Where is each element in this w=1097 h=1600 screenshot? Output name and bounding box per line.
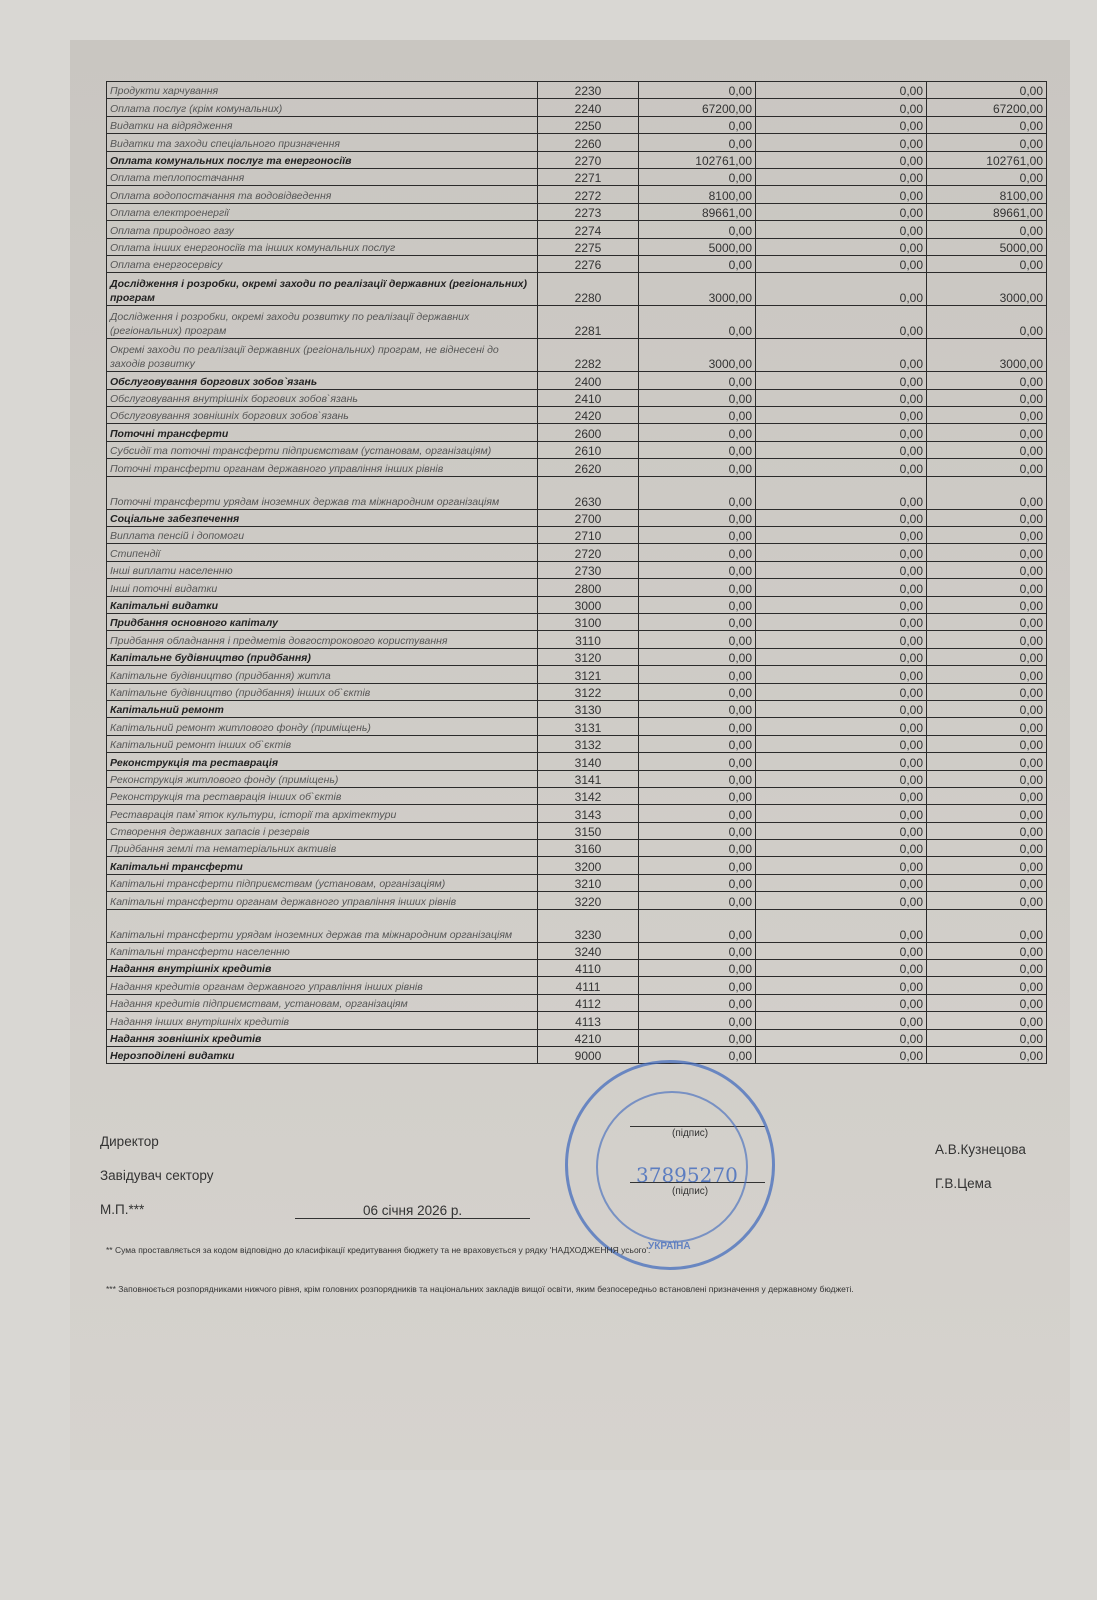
row-general-fund: 0,00 [639, 840, 756, 857]
stamp-code: 37895270 [636, 1163, 738, 1187]
row-code: 2410 [538, 389, 639, 406]
row-label: Придбання землі та нематеріальних активі… [107, 840, 538, 857]
row-general-fund: 0,00 [639, 857, 756, 874]
table-row: Придбання землі та нематеріальних активі… [107, 840, 1047, 857]
table-row: Інші виплати населенню27300,000,000,00 [107, 561, 1047, 578]
row-special-fund: 0,00 [756, 874, 927, 891]
row-special-fund: 0,00 [756, 683, 927, 700]
row-special-fund: 0,00 [756, 700, 927, 717]
row-total: 0,00 [927, 116, 1047, 133]
row-special-fund: 0,00 [756, 718, 927, 735]
table-row: Субсидії та поточні трансферти підприємс… [107, 441, 1047, 458]
row-total: 0,00 [927, 770, 1047, 787]
row-code: 2620 [538, 459, 639, 476]
row-label: Обслуговування внутрішніх боргових зобов… [107, 389, 538, 406]
table-row: Придбання основного капіталу31000,000,00… [107, 613, 1047, 630]
row-general-fund: 0,00 [639, 977, 756, 994]
table-row: Капітальні видатки30000,000,000,00 [107, 596, 1047, 613]
row-general-fund: 0,00 [639, 596, 756, 613]
row-special-fund: 0,00 [756, 339, 927, 372]
row-code: 3122 [538, 683, 639, 700]
row-code: 3121 [538, 666, 639, 683]
row-special-fund: 0,00 [756, 857, 927, 874]
row-general-fund: 0,00 [639, 718, 756, 735]
row-total: 5000,00 [927, 238, 1047, 255]
row-label: Придбання обладнання і предметів довгост… [107, 631, 538, 648]
table-row: Оплата енергосервісу22760,000,000,00 [107, 255, 1047, 272]
row-label: Капітальний ремонт [107, 700, 538, 717]
row-code: 2400 [538, 372, 639, 389]
table-row: Видатки та заходи спеціального призначен… [107, 134, 1047, 151]
row-total: 0,00 [927, 407, 1047, 424]
row-label: Капітальне будівництво (придбання) житла [107, 666, 538, 683]
table-row: Обслуговування внутрішніх боргових зобов… [107, 389, 1047, 406]
row-general-fund: 5000,00 [639, 238, 756, 255]
row-total: 0,00 [927, 1046, 1047, 1063]
row-label: Виплата пенсій і допомоги [107, 527, 538, 544]
row-code: 2730 [538, 561, 639, 578]
row-total: 0,00 [927, 718, 1047, 735]
row-label: Поточні трансферти органам державного уп… [107, 459, 538, 476]
row-total: 0,00 [927, 168, 1047, 185]
row-total: 0,00 [927, 977, 1047, 994]
row-code: 2710 [538, 527, 639, 544]
row-label: Оплата енергосервісу [107, 255, 538, 272]
row-general-fund: 0,00 [639, 221, 756, 238]
row-special-fund: 0,00 [756, 666, 927, 683]
stamp-bottom-text: УКРАЇНА [648, 1241, 691, 1252]
row-code: 2720 [538, 544, 639, 561]
table-row: Капітальний ремонт інших об`єктів31320,0… [107, 735, 1047, 752]
row-label: Капітальні трансферти підприємствам (уст… [107, 874, 538, 891]
row-code: 2272 [538, 186, 639, 203]
table-row: Виплата пенсій і допомоги27100,000,000,0… [107, 527, 1047, 544]
row-total: 3000,00 [927, 273, 1047, 306]
row-special-fund: 0,00 [756, 892, 927, 909]
row-code: 4210 [538, 1029, 639, 1046]
row-total: 0,00 [927, 527, 1047, 544]
row-special-fund: 0,00 [756, 613, 927, 630]
row-total: 0,00 [927, 389, 1047, 406]
table-row: Стипендії27200,000,000,00 [107, 544, 1047, 561]
row-label: Продукти харчування [107, 82, 538, 99]
row-total: 0,00 [927, 596, 1047, 613]
row-special-fund: 0,00 [756, 168, 927, 185]
row-code: 3100 [538, 613, 639, 630]
row-total: 0,00 [927, 994, 1047, 1011]
row-general-fund: 0,00 [639, 509, 756, 526]
table-row: Капітальне будівництво (придбання) житла… [107, 666, 1047, 683]
row-code: 3131 [538, 718, 639, 735]
row-total: 3000,00 [927, 339, 1047, 372]
row-special-fund: 0,00 [756, 822, 927, 839]
row-code: 2230 [538, 82, 639, 99]
row-code: 2260 [538, 134, 639, 151]
row-code: 3120 [538, 648, 639, 665]
director-label: Директор [100, 1134, 159, 1149]
row-code: 2250 [538, 116, 639, 133]
row-general-fund: 0,00 [639, 1029, 756, 1046]
row-code: 4111 [538, 977, 639, 994]
row-label: Надання зовнішніх кредитів [107, 1029, 538, 1046]
table-row: Капітальні трансферти32000,000,000,00 [107, 857, 1047, 874]
row-special-fund: 0,00 [756, 1029, 927, 1046]
row-general-fund: 0,00 [639, 255, 756, 272]
row-label: Капітальні трансферти населенню [107, 942, 538, 959]
row-general-fund: 0,00 [639, 787, 756, 804]
row-code: 3140 [538, 753, 639, 770]
row-total: 0,00 [927, 221, 1047, 238]
row-general-fund: 0,00 [639, 909, 756, 942]
row-total: 89661,00 [927, 203, 1047, 220]
table-row: Оплата інших енергоносіїв та інших комун… [107, 238, 1047, 255]
row-general-fund: 0,00 [639, 874, 756, 891]
row-total: 0,00 [927, 134, 1047, 151]
row-general-fund: 0,00 [639, 116, 756, 133]
row-special-fund: 0,00 [756, 441, 927, 458]
row-special-fund: 0,00 [756, 82, 927, 99]
table-row: Інші поточні видатки28000,000,000,00 [107, 579, 1047, 596]
row-code: 3141 [538, 770, 639, 787]
row-total: 0,00 [927, 306, 1047, 339]
row-special-fund: 0,00 [756, 476, 927, 509]
row-code: 3200 [538, 857, 639, 874]
footnote-3: *** Заповнюється розпорядниками нижчого … [106, 1284, 854, 1294]
row-total: 0,00 [927, 892, 1047, 909]
row-label: Оплата теплопостачання [107, 168, 538, 185]
table-row: Продукти харчування22300,000,000,00 [107, 82, 1047, 99]
row-total: 0,00 [927, 613, 1047, 630]
table-row: Капітальний ремонт житлового фонду (прим… [107, 718, 1047, 735]
row-general-fund: 0,00 [639, 459, 756, 476]
row-general-fund: 0,00 [639, 822, 756, 839]
table-row: Реставрація пам`яток культури, історії т… [107, 805, 1047, 822]
row-general-fund: 0,00 [639, 407, 756, 424]
table-row: Оплата теплопостачання22710,000,000,00 [107, 168, 1047, 185]
table-row: Поточні трансферти урядам іноземних держ… [107, 476, 1047, 509]
row-code: 3220 [538, 892, 639, 909]
row-code: 3142 [538, 787, 639, 804]
row-code: 4112 [538, 994, 639, 1011]
row-label: Видатки та заходи спеціального призначен… [107, 134, 538, 151]
row-label: Реконструкція житлового фонду (приміщень… [107, 770, 538, 787]
row-total: 0,00 [927, 441, 1047, 458]
row-total: 0,00 [927, 960, 1047, 977]
row-code: 2275 [538, 238, 639, 255]
row-label: Оплата природного газу [107, 221, 538, 238]
row-label: Видатки на відрядження [107, 116, 538, 133]
row-general-fund: 0,00 [639, 631, 756, 648]
row-label: Субсидії та поточні трансферти підприємс… [107, 441, 538, 458]
row-general-fund: 0,00 [639, 424, 756, 441]
row-label: Нерозподілені видатки [107, 1046, 538, 1063]
row-special-fund: 0,00 [756, 942, 927, 959]
row-general-fund: 0,00 [639, 942, 756, 959]
row-special-fund: 0,00 [756, 770, 927, 787]
row-total: 0,00 [927, 942, 1047, 959]
row-general-fund: 0,00 [639, 700, 756, 717]
row-code: 2630 [538, 476, 639, 509]
row-general-fund: 0,00 [639, 683, 756, 700]
row-code: 2282 [538, 339, 639, 372]
row-code: 2600 [538, 424, 639, 441]
row-code: 3230 [538, 909, 639, 942]
row-general-fund: 0,00 [639, 892, 756, 909]
row-code: 3130 [538, 700, 639, 717]
row-label: Капітальні трансферти [107, 857, 538, 874]
row-total: 0,00 [927, 753, 1047, 770]
row-general-fund: 0,00 [639, 82, 756, 99]
row-total: 0,00 [927, 476, 1047, 509]
row-general-fund: 0,00 [639, 753, 756, 770]
row-code: 2270 [538, 151, 639, 168]
table-row: Створення державних запасів і резервів31… [107, 822, 1047, 839]
row-general-fund: 0,00 [639, 770, 756, 787]
row-general-fund: 0,00 [639, 805, 756, 822]
table-row: Поточні трансферти26000,000,000,00 [107, 424, 1047, 441]
row-special-fund: 0,00 [756, 509, 927, 526]
row-special-fund: 0,00 [756, 306, 927, 339]
row-label: Капітальні трансферти органам державного… [107, 892, 538, 909]
row-code: 2274 [538, 221, 639, 238]
row-special-fund: 0,00 [756, 186, 927, 203]
document-date: 06 січня 2026 р. [363, 1203, 462, 1218]
table-row: Окремі заходи по реалізації державних (р… [107, 339, 1047, 372]
table-row: Оплата комунальних послуг та енергоносії… [107, 151, 1047, 168]
row-special-fund: 0,00 [756, 372, 927, 389]
table-row: Дослідження і розробки, окремі заходи ро… [107, 306, 1047, 339]
head-label: Завідувач сектору [100, 1168, 213, 1183]
table-row: Дослідження і розробки, окремі заходи по… [107, 273, 1047, 306]
row-general-fund: 67200,00 [639, 99, 756, 116]
table-row: Реконструкція та реставрація31400,000,00… [107, 753, 1047, 770]
row-label: Надання інших внутрішніх кредитів [107, 1012, 538, 1029]
table-row: Поточні трансферти органам державного уп… [107, 459, 1047, 476]
row-code: 2420 [538, 407, 639, 424]
row-special-fund: 0,00 [756, 424, 927, 441]
row-general-fund: 0,00 [639, 134, 756, 151]
table-row: Придбання обладнання і предметів довгост… [107, 631, 1047, 648]
row-code: 3150 [538, 822, 639, 839]
row-code: 3000 [538, 596, 639, 613]
row-label: Соціальне забезпечення [107, 509, 538, 526]
row-general-fund: 0,00 [639, 994, 756, 1011]
row-general-fund: 89661,00 [639, 203, 756, 220]
row-total: 0,00 [927, 544, 1047, 561]
row-general-fund: 0,00 [639, 544, 756, 561]
row-special-fund: 0,00 [756, 544, 927, 561]
row-label: Капітальні трансферти урядам іноземних д… [107, 909, 538, 942]
row-general-fund: 0,00 [639, 476, 756, 509]
table-row: Капітальне будівництво (придбання) інших… [107, 683, 1047, 700]
row-special-fund: 0,00 [756, 735, 927, 752]
row-general-fund: 8100,00 [639, 186, 756, 203]
row-special-fund: 0,00 [756, 273, 927, 306]
row-general-fund: 3000,00 [639, 339, 756, 372]
row-general-fund: 0,00 [639, 735, 756, 752]
row-total: 0,00 [927, 509, 1047, 526]
row-special-fund: 0,00 [756, 238, 927, 255]
row-total: 0,00 [927, 874, 1047, 891]
row-general-fund: 102761,00 [639, 151, 756, 168]
row-code: 9000 [538, 1046, 639, 1063]
row-total: 0,00 [927, 372, 1047, 389]
row-total: 0,00 [927, 666, 1047, 683]
row-general-fund: 0,00 [639, 613, 756, 630]
row-special-fund: 0,00 [756, 1046, 927, 1063]
row-label: Поточні трансферти урядам іноземних держ… [107, 476, 538, 509]
row-general-fund: 0,00 [639, 960, 756, 977]
official-stamp: 37895270 УКРАЇНА [565, 1060, 775, 1270]
row-total: 0,00 [927, 255, 1047, 272]
row-total: 0,00 [927, 82, 1047, 99]
row-code: 2610 [538, 441, 639, 458]
table-row: Оплата електроенергії227389661,000,00896… [107, 203, 1047, 220]
row-label: Оплата електроенергії [107, 203, 538, 220]
row-code: 2281 [538, 306, 639, 339]
table-row: Надання внутрішніх кредитів41100,000,000… [107, 960, 1047, 977]
row-general-fund: 0,00 [639, 389, 756, 406]
table-row: Реконструкція житлового фонду (приміщень… [107, 770, 1047, 787]
row-code: 3210 [538, 874, 639, 891]
table-row: Надання кредитів підприємствам, установа… [107, 994, 1047, 1011]
row-special-fund: 0,00 [756, 579, 927, 596]
row-total: 0,00 [927, 459, 1047, 476]
row-label: Реставрація пам`яток культури, історії т… [107, 805, 538, 822]
row-special-fund: 0,00 [756, 203, 927, 220]
table-row: Капітальний ремонт31300,000,000,00 [107, 700, 1047, 717]
row-total: 0,00 [927, 1029, 1047, 1046]
row-label: Надання кредитів підприємствам, установа… [107, 994, 538, 1011]
expenditure-table: Продукти харчування22300,000,000,00Оплат… [106, 81, 1047, 1064]
table-row: Оплата природного газу22740,000,000,00 [107, 221, 1047, 238]
row-code: 3240 [538, 942, 639, 959]
date-underline [295, 1218, 530, 1219]
table-row: Надання кредитів органам державного упра… [107, 977, 1047, 994]
row-label: Надання внутрішніх кредитів [107, 960, 538, 977]
table-row: Капітальне будівництво (придбання)31200,… [107, 648, 1047, 665]
row-code: 3110 [538, 631, 639, 648]
row-label: Капітальні видатки [107, 596, 538, 613]
row-label: Дослідження і розробки, окремі заходи по… [107, 273, 538, 306]
table-row: Оплата послуг (крім комунальних)22406720… [107, 99, 1047, 116]
row-label: Обслуговування боргових зобов`язань [107, 372, 538, 389]
row-general-fund: 0,00 [639, 527, 756, 544]
row-total: 0,00 [927, 840, 1047, 857]
row-total: 8100,00 [927, 186, 1047, 203]
table-row: Видатки на відрядження22500,000,000,00 [107, 116, 1047, 133]
row-special-fund: 0,00 [756, 753, 927, 770]
row-special-fund: 0,00 [756, 596, 927, 613]
row-special-fund: 0,00 [756, 1012, 927, 1029]
row-general-fund: 0,00 [639, 648, 756, 665]
row-code: 2271 [538, 168, 639, 185]
row-general-fund: 0,00 [639, 561, 756, 578]
row-total: 0,00 [927, 683, 1047, 700]
row-total: 0,00 [927, 822, 1047, 839]
row-label: Придбання основного капіталу [107, 613, 538, 630]
row-label: Реконструкція та реставрація [107, 753, 538, 770]
row-code: 2273 [538, 203, 639, 220]
row-label: Стипендії [107, 544, 538, 561]
table-row: Соціальне забезпечення27000,000,000,00 [107, 509, 1047, 526]
row-total: 0,00 [927, 735, 1047, 752]
row-total: 0,00 [927, 561, 1047, 578]
row-code: 2800 [538, 579, 639, 596]
row-special-fund: 0,00 [756, 151, 927, 168]
row-label: Оплата водопостачання та водовідведення [107, 186, 538, 203]
row-general-fund: 0,00 [639, 441, 756, 458]
row-label: Створення державних запасів і резервів [107, 822, 538, 839]
row-special-fund: 0,00 [756, 840, 927, 857]
row-total: 0,00 [927, 1012, 1047, 1029]
row-total: 102761,00 [927, 151, 1047, 168]
table-row: Капітальні трансферти урядам іноземних д… [107, 909, 1047, 942]
row-label: Надання кредитів органам державного упра… [107, 977, 538, 994]
table-row: Капітальні трансферти органам державного… [107, 892, 1047, 909]
row-general-fund: 3000,00 [639, 273, 756, 306]
row-label: Поточні трансферти [107, 424, 538, 441]
row-label: Капітальний ремонт житлового фонду (прим… [107, 718, 538, 735]
row-special-fund: 0,00 [756, 960, 927, 977]
row-general-fund: 0,00 [639, 1012, 756, 1029]
footnote-2: ** Сума проставляється за кодом відповід… [106, 1245, 650, 1255]
row-label: Капітальне будівництво (придбання) [107, 648, 538, 665]
row-code: 2280 [538, 273, 639, 306]
row-code: 2240 [538, 99, 639, 116]
table-row: Обслуговування боргових зобов`язань24000… [107, 372, 1047, 389]
row-total: 0,00 [927, 579, 1047, 596]
row-special-fund: 0,00 [756, 221, 927, 238]
row-special-fund: 0,00 [756, 787, 927, 804]
row-special-fund: 0,00 [756, 389, 927, 406]
row-special-fund: 0,00 [756, 116, 927, 133]
row-total: 0,00 [927, 424, 1047, 441]
row-general-fund: 0,00 [639, 579, 756, 596]
row-special-fund: 0,00 [756, 994, 927, 1011]
head-name: Г.В.Цема [935, 1176, 991, 1191]
row-label: Оплата інших енергоносіїв та інших комун… [107, 238, 538, 255]
row-special-fund: 0,00 [756, 134, 927, 151]
row-label: Капітальний ремонт інших об`єктів [107, 735, 538, 752]
row-special-fund: 0,00 [756, 561, 927, 578]
row-total: 0,00 [927, 631, 1047, 648]
row-label: Капітальне будівництво (придбання) інших… [107, 683, 538, 700]
seal-label: М.П.*** [100, 1202, 144, 1217]
row-label: Оплата комунальних послуг та енергоносії… [107, 151, 538, 168]
table-row: Нерозподілені видатки90000,000,000,00 [107, 1046, 1047, 1063]
row-code: 4113 [538, 1012, 639, 1029]
row-special-fund: 0,00 [756, 527, 927, 544]
row-code: 2276 [538, 255, 639, 272]
row-label: Інші поточні видатки [107, 579, 538, 596]
row-special-fund: 0,00 [756, 99, 927, 116]
row-special-fund: 0,00 [756, 648, 927, 665]
row-special-fund: 0,00 [756, 459, 927, 476]
table-row: Реконструкція та реставрація інших об`єк… [107, 787, 1047, 804]
row-special-fund: 0,00 [756, 805, 927, 822]
table-row: Оплата водопостачання та водовідведення2… [107, 186, 1047, 203]
row-special-fund: 0,00 [756, 909, 927, 942]
table-row: Надання зовнішніх кредитів42100,000,000,… [107, 1029, 1047, 1046]
row-general-fund: 0,00 [639, 168, 756, 185]
row-label: Реконструкція та реставрація інших об`єк… [107, 787, 538, 804]
row-special-fund: 0,00 [756, 977, 927, 994]
row-general-fund: 0,00 [639, 306, 756, 339]
row-special-fund: 0,00 [756, 255, 927, 272]
row-special-fund: 0,00 [756, 631, 927, 648]
row-special-fund: 0,00 [756, 407, 927, 424]
